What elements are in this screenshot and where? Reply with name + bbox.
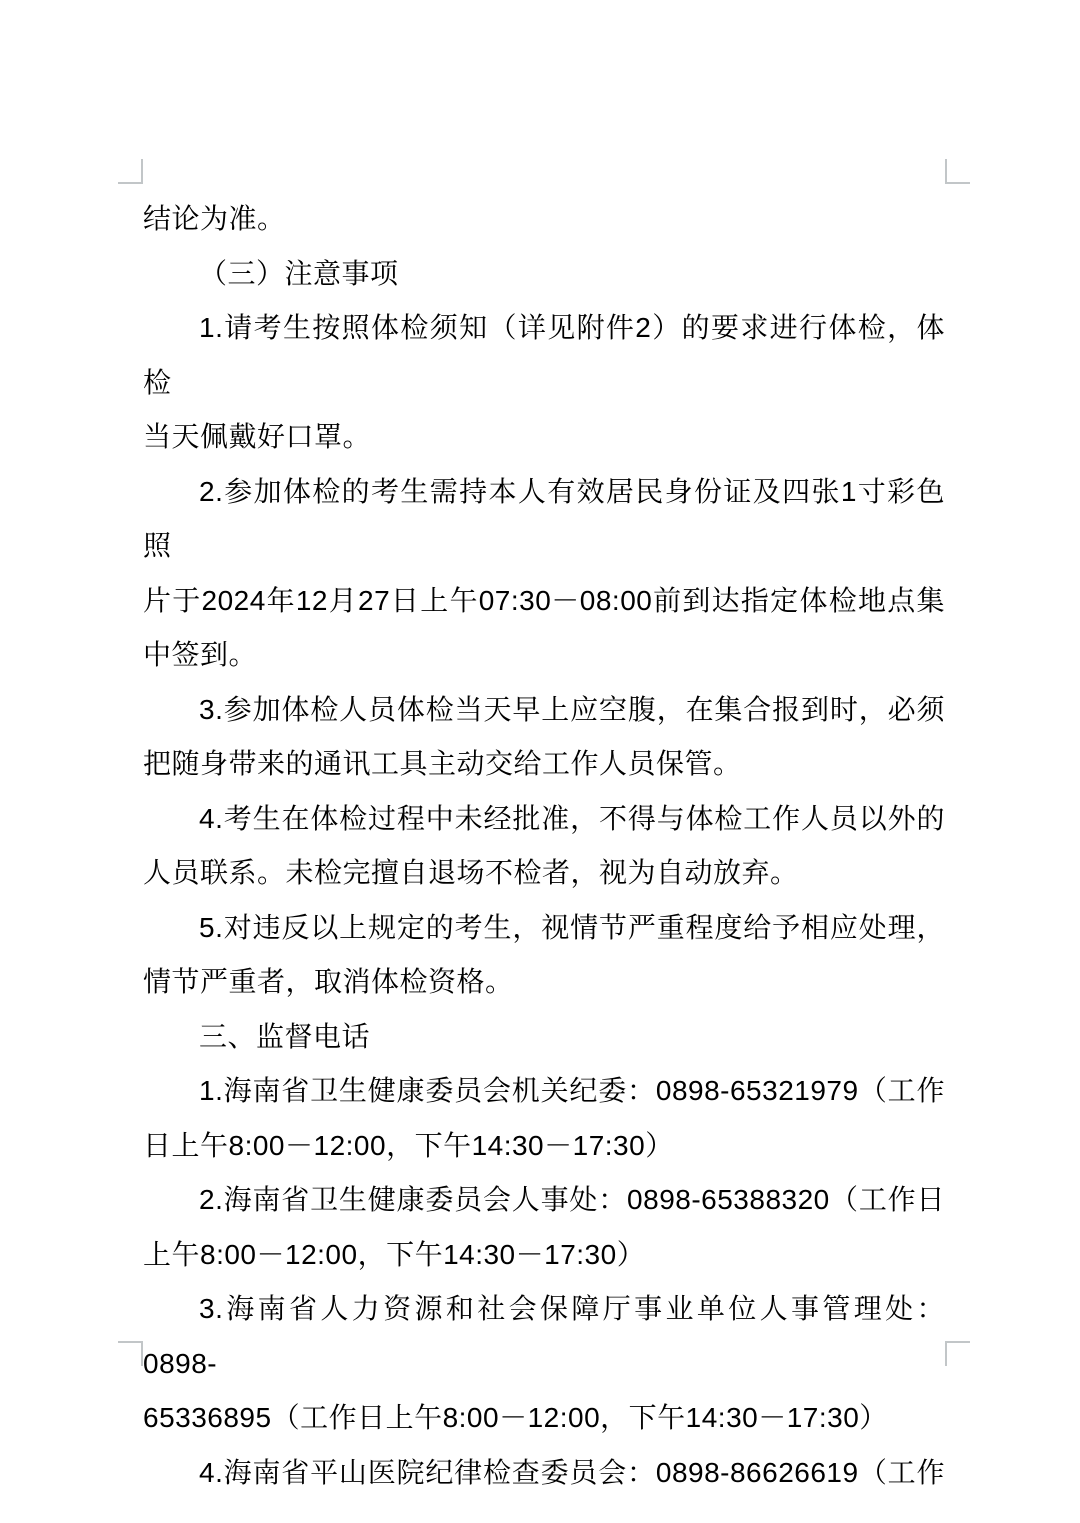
text-line: 4.海南省平山医院纪律检查委员会：0898-86626619（工作 [143, 1446, 945, 1501]
text-line: 1.海南省卫生健康委员会机关纪委：0898-65321979（工作 [143, 1064, 945, 1119]
text-line: 中签到。 [143, 628, 945, 683]
crop-mark-bottom-left [118, 1341, 143, 1366]
text-line: 上午8:00－12:00，下午14:30－17:30） [143, 1228, 945, 1283]
text-line: 2.海南省卫生健康委员会人事处：0898-65388320（工作日 [143, 1173, 945, 1228]
text-line: 情节严重者，取消体检资格。 [143, 955, 945, 1010]
text-line: 65336895（工作日上午8:00－12:00，下午14:30－17:30） [143, 1391, 945, 1446]
text-line: 1.请考生按照体检须知（详见附件2）的要求进行体检，体检 [143, 301, 945, 410]
text-line: 当天佩戴好口罩。 [143, 410, 945, 465]
text-line: 3.参加体检人员体检当天早上应空腹，在集合报到时，必须 [143, 683, 945, 738]
text-line: 3.海南省人力资源和社会保障厅事业单位人事管理处：0898- [143, 1282, 945, 1391]
document-page: 结论为准。（三）注意事项1.请考生按照体检须知（详见附件2）的要求进行体检，体检… [0, 0, 1080, 1523]
crop-mark-top-right [945, 159, 970, 184]
text-line: 片于2024年12月27日上午07:30－08:00前到达指定体检地点集 [143, 574, 945, 629]
crop-mark-top-left [118, 159, 143, 184]
text-line: 5.对违反以上规定的考生，视情节严重程度给予相应处理， [143, 901, 945, 956]
text-line: （三）注意事项 [143, 247, 945, 302]
text-line: 4.考生在体检过程中未经批准，不得与体检工作人员以外的 [143, 792, 945, 847]
text-line: 人员联系。未检完擅自退场不检者，视为自动放弃。 [143, 846, 945, 901]
crop-mark-bottom-right [945, 1341, 970, 1366]
text-line: 日上午8:00－12:00，下午14:30－17:30） [143, 1119, 945, 1174]
text-line: 三、监督电话 [143, 1010, 945, 1065]
text-line: 2.参加体检的考生需持本人有效居民身份证及四张1寸彩色照 [143, 465, 945, 574]
document-text-block: 结论为准。（三）注意事项1.请考生按照体检须知（详见附件2）的要求进行体检，体检… [143, 192, 945, 1500]
text-line: 结论为准。 [143, 192, 945, 247]
text-line: 把随身带来的通讯工具主动交给工作人员保管。 [143, 737, 945, 792]
